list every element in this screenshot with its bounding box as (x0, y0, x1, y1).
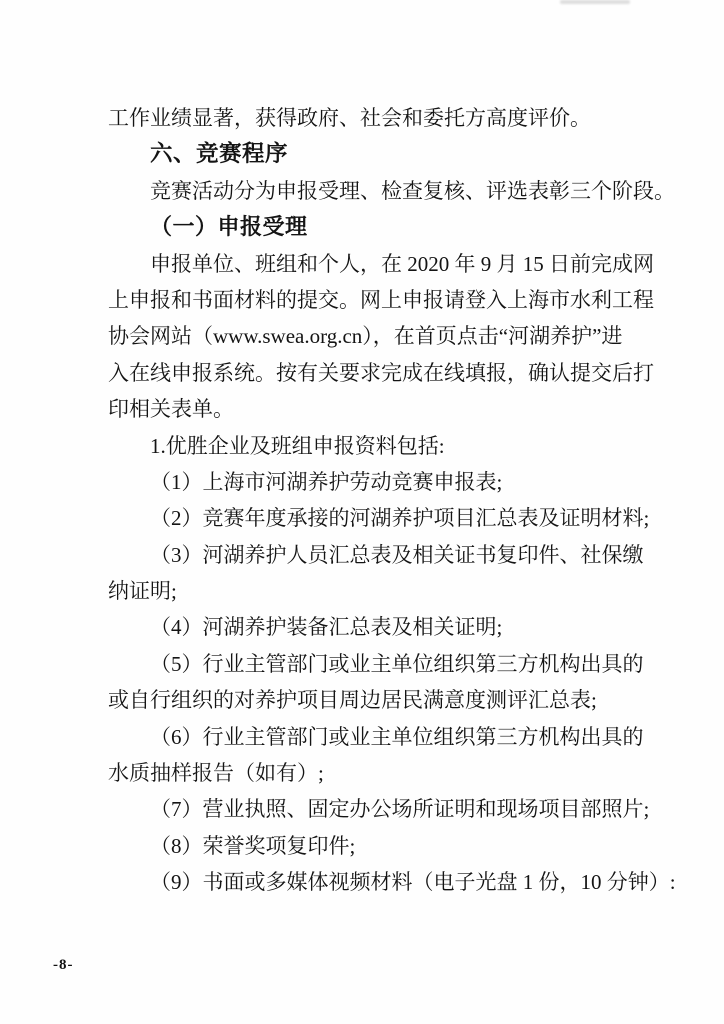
text-line: （2）竞赛年度承接的河湖养护项目汇总表及证明材料; (108, 500, 616, 536)
text-line: （9）书面或多媒体视频材料（电子光盘 1 份，10 分钟）: (108, 864, 616, 900)
text-line: 1.优胜企业及班组申报资料包括: (108, 428, 616, 464)
text-line: 申报单位、班组和个人，在 2020 年 9 月 15 日前完成网 (108, 246, 616, 282)
text-line: 上申报和书面材料的提交。网上申报请登入上海市水利工程 (108, 282, 616, 318)
text-line: 入在线申报系统。按有关要求完成在线填报，确认提交后打 (108, 355, 616, 391)
text-line: （7）营业执照、固定办公场所证明和现场项目部照片; (108, 791, 616, 827)
text-line: 纳证明; (108, 573, 616, 609)
text-line: （6）行业主管部门或业主单位组织第三方机构出具的 (108, 719, 616, 755)
text-line: 协会网站（www.swea.org.cn），在首页点击“河湖养护”进 (108, 318, 616, 354)
text-line: （1）上海市河湖养护劳动竞赛申报表; (108, 464, 616, 500)
subsection-heading: （一）申报受理 (108, 209, 616, 245)
text-line: （4）河湖养护装备汇总表及相关证明; (108, 609, 616, 645)
scan-artifact (560, 0, 630, 4)
text-line: 印相关表单。 (108, 391, 616, 427)
text-line: （5）行业主管部门或业主单位组织第三方机构出具的 (108, 646, 616, 682)
document-text-column: 工作业绩显著，获得政府、社会和委托方高度评价。六、竞赛程序竞赛活动分为申报受理、… (108, 100, 616, 901)
text-line: （8）荣誉奖项复印件; (108, 828, 616, 864)
text-line: 水质抽样报告（如有）; (108, 755, 616, 791)
text-line: 竞赛活动分为申报受理、检查复核、评选表彰三个阶段。 (108, 173, 616, 209)
section-heading: 六、竞赛程序 (108, 136, 616, 172)
text-line: 工作业绩显著，获得政府、社会和委托方高度评价。 (108, 100, 616, 136)
page-number: -8- (53, 957, 74, 974)
text-line: （3）河湖养护人员汇总表及相关证书复印件、社保缴 (108, 537, 616, 573)
document-page: 工作业绩显著，获得政府、社会和委托方高度评价。六、竞赛程序竞赛活动分为申报受理、… (0, 0, 724, 1024)
text-line: 或自行组织的对养护项目周边居民满意度测评汇总表; (108, 682, 616, 718)
